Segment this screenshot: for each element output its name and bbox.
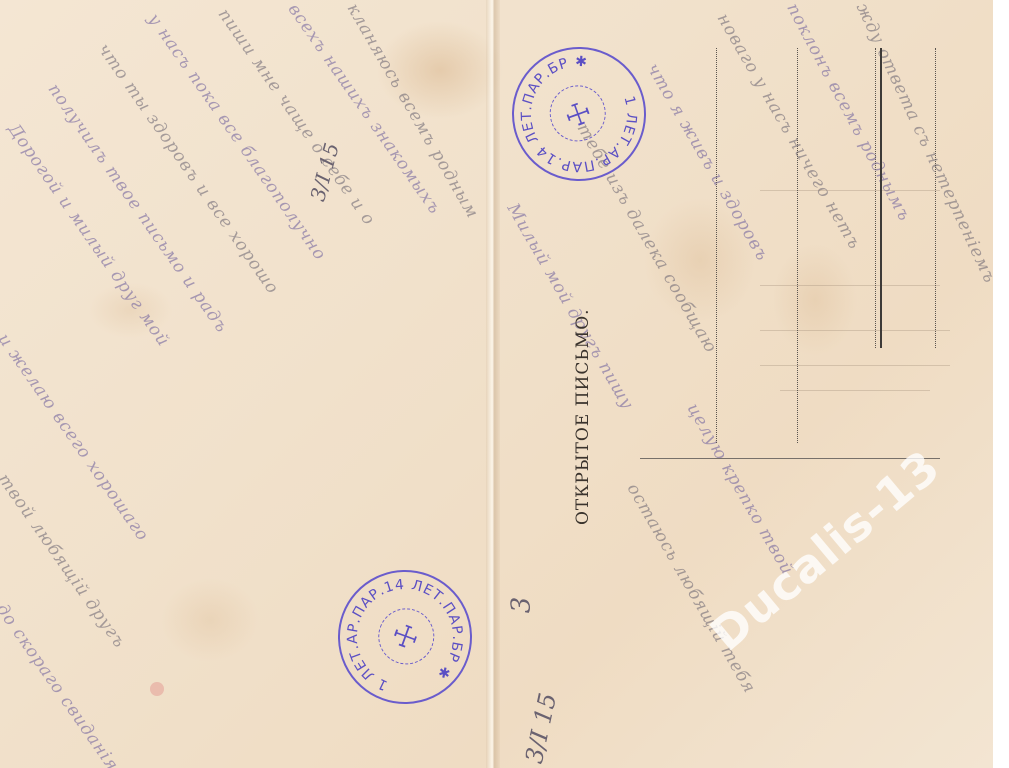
handwriting-line: Милый мой другъ пишу [503,200,638,413]
fold-line [486,0,500,768]
address-line [716,48,717,443]
postcard: Дорогой и милый друг мой получилъ твое п… [0,0,994,768]
scan-margin [993,0,1009,768]
address-line [880,48,882,348]
military-stamp-top: 1 ЛЕТ.АР.ПАР.14 ЛЕТ.ПАР.БР ✱ ☩ [493,28,665,200]
address-line [797,48,798,443]
handwriting-line: пиши мне чаще о себе и о [214,5,379,229]
postcard-title: ОТКРЫТОЕ ПИСЬМО. [573,308,593,525]
address-line [935,48,936,348]
page-number: 3 [506,597,536,614]
handwriting-line: поклонъ всемъ роднымъ [782,0,914,225]
date-note: 3/I 15 [520,691,562,766]
address-line [875,48,876,348]
ink-spot [150,682,164,696]
military-stamp-bottom: 1 ЛЕТ.АР.ПАР.14 ЛЕТ.ПАР.БР ✱ ☩ [319,551,491,723]
